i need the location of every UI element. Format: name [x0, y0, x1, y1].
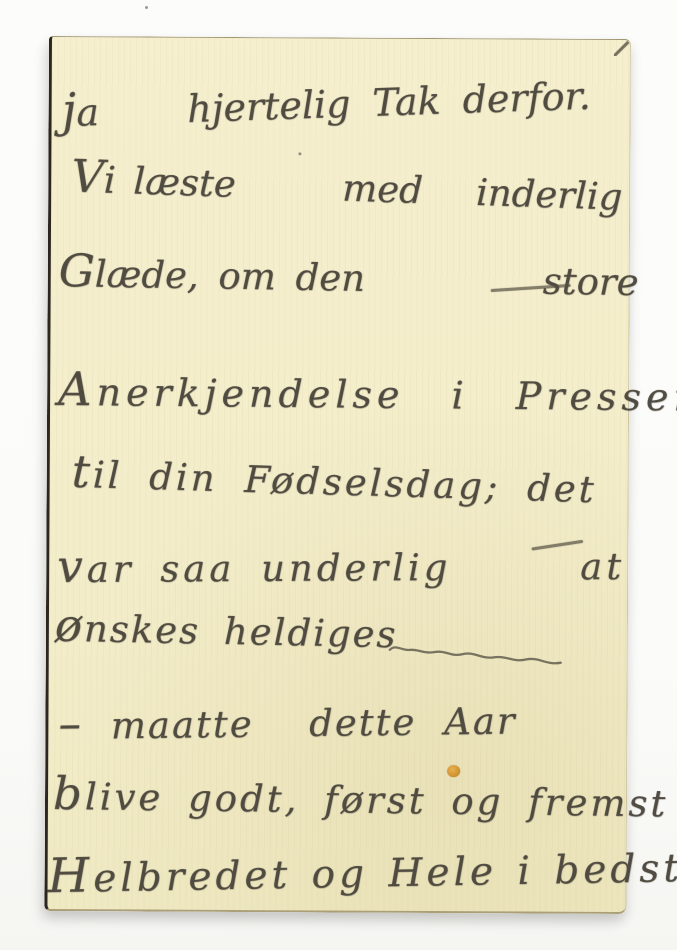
postcard-paper: ja hjertelig Tak derfor. Vi læste med in… [44, 36, 631, 914]
handwriting-line-8: – maatte dette Aar [58, 691, 517, 750]
handwriting-line-4: Anerkjendelse i Pressen [58, 362, 677, 422]
handwriting-line-10: Helbredet og Hele i bedste O [47, 837, 677, 905]
handwriting-line-3: Glæde, om den store [58, 244, 639, 306]
scan-background: ja hjertelig Tak derfor. Vi læste med in… [0, 0, 677, 950]
handwriting-line-2: Vi læste med inderlig [70, 149, 623, 220]
squiggle-stroke [387, 641, 565, 672]
handwriting-line-9: blive godt, først og fremst [53, 767, 669, 828]
handwriting-line-7: ønskes heldiges [54, 599, 398, 659]
handwriting-line-5: til din Fødselsdag; det [71, 445, 597, 514]
dust-speck [145, 6, 148, 9]
handwriting-line-1: ja hjertelig Tak derfor. [61, 66, 591, 138]
stain-dot [447, 765, 460, 777]
pencil-speck [298, 152, 301, 155]
corner-crease-mark [614, 40, 630, 56]
